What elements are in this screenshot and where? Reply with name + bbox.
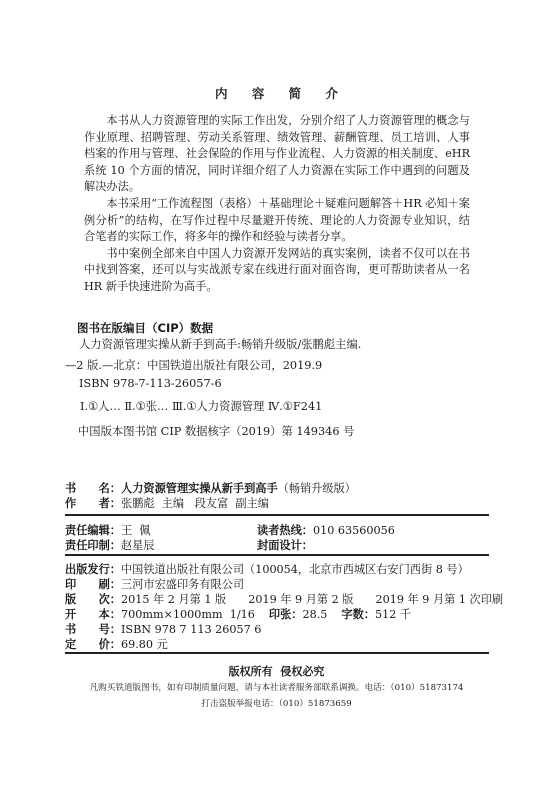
reader-hotline-label: 读者热线： xyxy=(257,522,313,538)
price-value: 69.80 元 xyxy=(121,638,168,651)
intro-paragraph: 本书采用“工作流程图（表格）＋基础理论＋疑难问题解答＋HR 必知＋案例分析”的结… xyxy=(84,196,470,246)
edition-label: 版次： xyxy=(65,591,121,607)
cip-line-edition: —2 版.—北京：中国铁道出版社有限公司，2019.9 xyxy=(65,357,322,373)
printer-row: 印刷：三河市宏盛印务有限公司 xyxy=(65,576,244,592)
book-author-row: 作者：张鹏彪 主编 段友富 副主编 xyxy=(65,495,269,511)
responsible-printing-value: 赵星辰 xyxy=(121,539,155,552)
cip-line-isbn: ISBN 978-7-113-26057-6 xyxy=(79,377,222,390)
responsible-editor-row: 责任编辑：王 佩 xyxy=(65,522,150,538)
format-value: 700mm×1000mm 1/16 xyxy=(121,608,255,621)
intro-paragraph: 书中案例全部来自中国人力资源开发网站的真实案例，读者不仅可以在书中找到答案，还可… xyxy=(84,246,470,296)
isbn-row: 书号：ISBN 978 7 113 26057 6 xyxy=(65,621,261,637)
publisher-value: 中国铁道出版社有限公司（100054，北京市西城区右安门西街 8 号） xyxy=(121,563,469,576)
price-label: 定价： xyxy=(65,636,121,652)
format-label: 开本： xyxy=(65,606,121,622)
book-name-value: 人力资源管理实操从新手到高手 xyxy=(121,482,278,495)
word-count-label: 字数： xyxy=(341,606,375,622)
price-row: 定价：69.80 元 xyxy=(65,636,168,652)
copyright-service-line: 凡购买铁道版图书，如有印制质量问题，请与本社读者服务部联系调换。电话：（010）… xyxy=(0,681,553,693)
edition-row: 版次：2015 年 2 月第 1 版2019 年 9 月第 2 版2019 年 … xyxy=(65,591,503,607)
reader-hotline-value: 010 63560056 xyxy=(313,524,395,537)
printer-value: 三河市宏盛印务有限公司 xyxy=(121,578,244,591)
word-count-value: 512 千 xyxy=(375,608,411,621)
book-name-row: 书名：人力资源管理实操从新手到高手（畅销升级版） xyxy=(65,480,356,496)
copyright-piracy-line: 打击盗版举报电话：（010）51873659 xyxy=(0,697,553,709)
intro-body: 本书从人力资源管理的实际工作出发，分别介绍了人力资源管理的概念与作业原理、招聘管… xyxy=(84,113,470,296)
edition-first: 2015 年 2 月第 1 版 xyxy=(121,593,226,606)
cip-title: 图书在版编目（CIP）数据 xyxy=(77,320,213,336)
book-name-label: 书名： xyxy=(65,480,121,496)
intro-title: 内 容 简 介 xyxy=(0,84,553,102)
book-author-value: 张鹏彪 主编 段友富 副主编 xyxy=(121,497,269,510)
cip-line-record: 中国版本图书馆 CIP 数据核字（2019）第 149346 号 xyxy=(78,423,354,439)
cover-design-label: 封面设计： xyxy=(257,537,313,553)
publisher-row: 出版发行：中国铁道出版社有限公司（100054，北京市西城区右安门西街 8 号） xyxy=(65,561,469,577)
isbn-value: ISBN 978 7 113 26057 6 xyxy=(121,623,261,636)
publisher-label: 出版发行： xyxy=(65,561,121,577)
responsible-printing-label: 责任印制： xyxy=(65,537,121,553)
cip-line-title: 人力资源管理实操从新手到高手:畅销升级版/张鹏彪主编. xyxy=(79,336,361,352)
reader-hotline-row: 读者热线：010 63560056 xyxy=(257,522,395,538)
sheets-value: 28.5 xyxy=(302,608,327,621)
divider xyxy=(65,514,489,516)
responsible-editor-label: 责任编辑： xyxy=(65,522,121,538)
divider xyxy=(65,554,489,556)
isbn-label: 书号： xyxy=(65,621,121,637)
format-row: 开本：700mm×1000mm 1/16印张：28.5字数：512 千 xyxy=(65,606,411,622)
intro-paragraph: 本书从人力资源管理的实际工作出发，分别介绍了人力资源管理的概念与作业原理、招聘管… xyxy=(84,113,470,196)
sheets-label: 印张： xyxy=(269,606,303,622)
responsible-printing-row: 责任印制：赵星辰 xyxy=(65,537,155,553)
cip-line-classification: Ⅰ.①人… Ⅱ.①张… Ⅲ.①人力资源管理 Ⅳ.①F241 xyxy=(80,398,322,414)
responsible-editor-value: 王 佩 xyxy=(121,524,151,537)
cover-design-row: 封面设计： xyxy=(257,537,313,553)
edition-printing: 2019 年 9 月第 1 次印刷 xyxy=(376,593,504,606)
edition-second: 2019 年 9 月第 2 版 xyxy=(248,593,353,606)
divider xyxy=(65,652,489,654)
book-name-subtitle: （畅销升级版） xyxy=(278,482,356,495)
printer-label: 印刷： xyxy=(65,576,121,592)
book-author-label: 作者： xyxy=(65,495,121,511)
copyright-title: 版权所有 侵权必究 xyxy=(0,663,553,679)
